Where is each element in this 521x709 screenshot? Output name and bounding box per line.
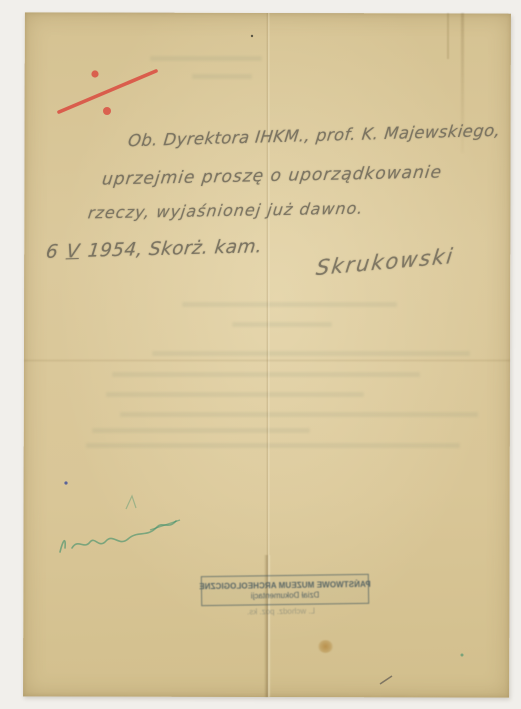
showthrough-line — [232, 322, 332, 327]
corner-crease — [447, 13, 449, 59]
showthrough-line — [92, 428, 310, 433]
horizontal-fold-crease — [24, 359, 510, 362]
showthrough-line — [182, 302, 397, 307]
showthrough-line — [192, 74, 252, 79]
stamp-line-1: PAŃSTWOWE MUZEUM ARCHEOLOGICZNE — [199, 579, 371, 591]
showthrough-line — [86, 443, 460, 448]
museum-stamp: PAŃSTWOWE MUZEUM ARCHEOLOGICZNE Dział Do… — [201, 574, 369, 606]
date-month-roman: V — [63, 241, 82, 263]
paper-stain — [318, 640, 333, 653]
date-day: 6 — [45, 241, 60, 262]
showthrough-line — [106, 392, 364, 397]
showthrough-line — [152, 351, 470, 356]
stamp-line-2: Dział Dokumentacji — [251, 590, 320, 600]
showthrough-line — [150, 56, 262, 61]
document-scan: Ob. Dyrektora IHKM., prof. K. Majewskieg… — [0, 0, 521, 709]
showthrough-line — [120, 412, 478, 417]
